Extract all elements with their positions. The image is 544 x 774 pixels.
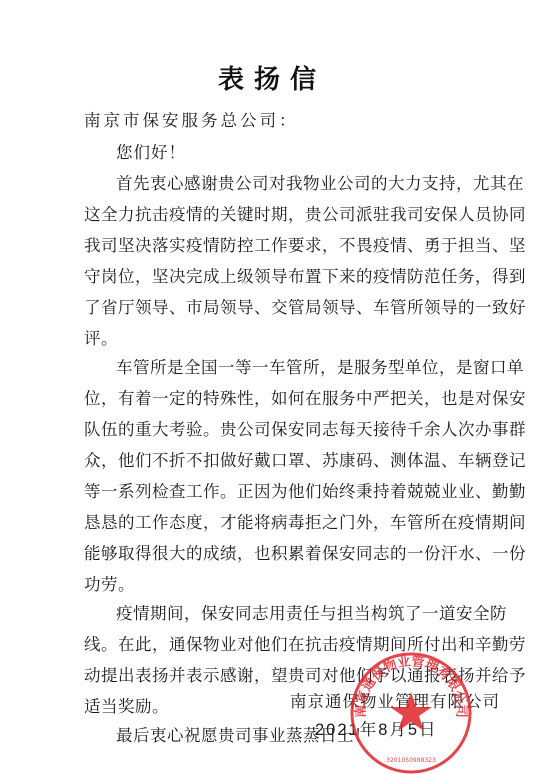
company-seal-stamp: 南京通保物业管理有限公司 3201050988323 [348, 650, 474, 774]
body-line: 守岗位，坚决完成上级领导布置下来的疫情防范任务，得到 [84, 266, 464, 288]
body-line: 车管所是全国一等一车管所，是服务型单位，是窗口单 [116, 357, 464, 379]
body-line: 这全力抗击疫情的关键时期，贵公司派驻我司安保人员协同 [84, 204, 464, 226]
recipient-salutation: 南京市保安服务总公司： [84, 107, 299, 131]
body-line: 了省厅领导、市局领导、交管局领导、车管所领导的一致好 [84, 297, 464, 319]
body-line: 等一系列检查工作。正因为他们始终秉持着兢兢业业、勤勤 [84, 481, 464, 503]
body-line: 疫情期间，保安同志用责任与担当构筑了一道安全防 [116, 603, 464, 625]
greeting: 您们好！ [116, 139, 186, 163]
letter-title: 表扬信 [0, 59, 544, 96]
body-line: 能够取得很大的成绩，也积累着保安同志的一份汗水、一份 [84, 543, 464, 565]
body-line: 评。 [84, 328, 464, 350]
body-line: 位，有着一定的特殊性，如何在服务中严把关，也是对保安 [84, 388, 464, 410]
body-line: 队伍的重大考验。贵公司保安同志每天接待千余人次办事群 [84, 419, 464, 441]
stamp-number: 3201050988323 [386, 757, 436, 764]
body-line: 我司坚决落实疫情防控工作要求，不畏疫情、勇于担当、坚 [84, 235, 464, 257]
body-line: 众，他们不折不扣做好戴口罩、苏康码、测体温、车辆登记 [84, 450, 464, 472]
body-line: 恳恳的工作态度，才能将病毒拒之门外，车管所在疫情期间 [84, 512, 464, 534]
star-icon [390, 692, 432, 731]
body-line: 功劳。 [84, 574, 464, 596]
body-line: 首先衷心感谢贵公司对我物业公司的大力支持，尤其在 [116, 173, 464, 195]
